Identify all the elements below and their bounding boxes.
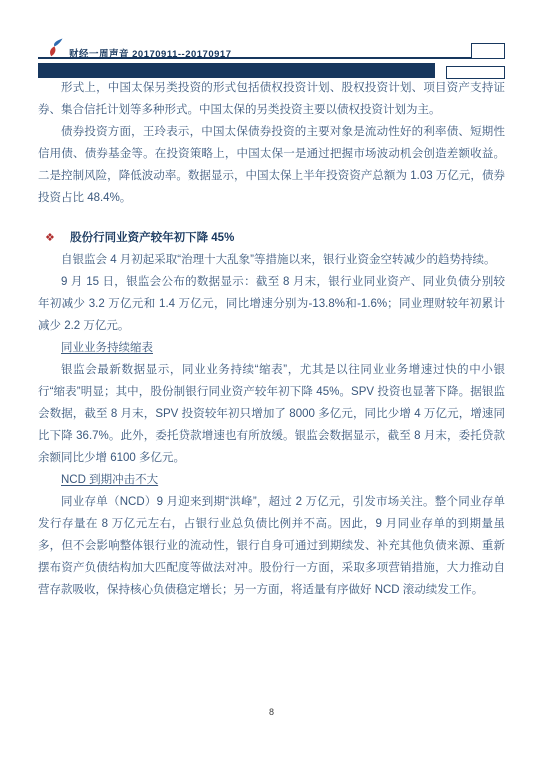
header-tab-outline	[471, 43, 505, 59]
paragraph-interbank-data: 9 月 15 日，银监会公布的数据显示：截至 8 月末，银行业同业资产、同业负债…	[38, 271, 505, 337]
diamond-bullet-icon: ❖	[45, 232, 55, 244]
header-rule-line	[38, 57, 472, 59]
company-logo-icon	[47, 38, 64, 57]
subheading-interbank-shrink: 同业业务持续缩表	[38, 337, 505, 359]
paragraph-taibao-forms: 形式上，中国太保另类投资的形式包括债权投资计划、股权投资计划、项目资产支持证券、…	[38, 77, 505, 121]
paragraph-ncd-detail: 同业存单（NCD）9 月迎来到期“洪峰”，超过 2 万亿元，引发市场关注。整个同…	[38, 491, 505, 601]
header-navy-bar	[38, 63, 435, 78]
page-number: 8	[269, 707, 274, 717]
page-footer: 8	[0, 707, 543, 717]
paragraph-cbrc-measures: 自银监会 4 月初起采取“治理十大乱象”等措施以来，银行业资金空转减少的趋势持续…	[38, 249, 505, 271]
paragraph-taibao-bonds: 债券投资方面，王玲表示，中国太保债券投资的主要对象是流动性好的利率债、短期性信用…	[38, 121, 505, 209]
section-heading: ❖ 股份行同业资产较年初下降 45%	[38, 227, 505, 249]
document-content: 形式上，中国太保另类投资的形式包括债权投资计划、股权投资计划、项目资产支持证券、…	[38, 77, 505, 601]
document-page: 财经一周声音 20170911--20170917 形式上，中国太保另类投资的形…	[0, 0, 543, 768]
paragraph-shrink-detail: 银监会最新数据显示，同业业务持续“缩表”，尤其是以往同业业务增速过快的中小银行“…	[38, 359, 505, 469]
section-heading-text: 股份行同业资产较年初下降 45%	[70, 232, 234, 244]
subheading-ncd-maturity: NCD 到期冲击不大	[38, 469, 505, 491]
